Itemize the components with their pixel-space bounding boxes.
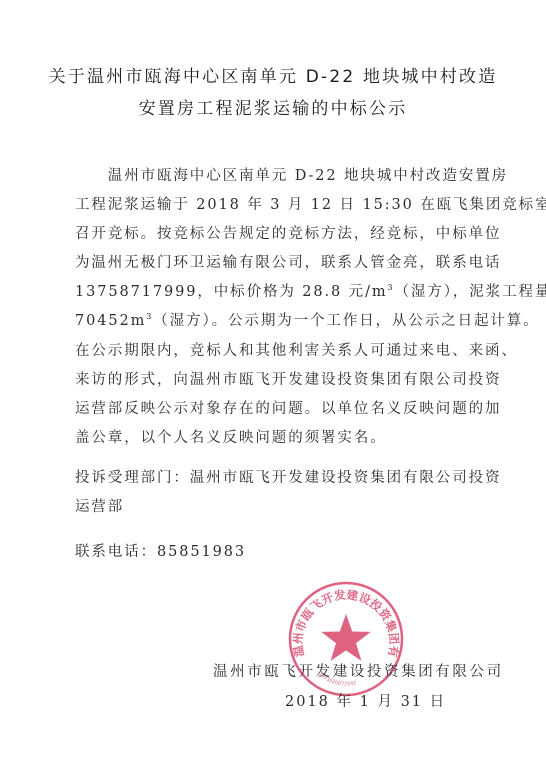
body-line: 70452m3（湿方）。公示期为一个工作日，从公示之日起计算。 xyxy=(75,309,540,330)
complaint-dept-line: 运营部 xyxy=(75,495,124,516)
document-title-line-1: 关于温州市瓯海中心区南单元 D-22 地块城中村改造 xyxy=(0,62,546,87)
body-line: 温州市瓯海中心区南单元 D-22 地块城中村改造安置房 xyxy=(75,164,508,185)
body-line: 在公示期限内，竞标人和其他利害关系人可通过来电、来函、 xyxy=(75,339,518,360)
body-line: 为温州无极门环卫运输有限公司，联系人管金亮，联系电话 xyxy=(75,251,501,272)
contact-phone: 联系电话：85851983 xyxy=(75,540,246,561)
body-line: 运营部反映公示对象存在的问题。以单位名义反映问题的加 xyxy=(75,397,501,418)
volume-value: 70452m xyxy=(75,313,146,329)
complaint-dept-line: 投诉受理部门：温州市瓯飞开发建设投资集团有限公司投资 xyxy=(75,466,501,487)
body-line: 召开竞标。按竞标公告规定的竞标方法，经竞标，中标单位 xyxy=(75,222,501,243)
body-line: 工程泥浆运输于 2018 年 3 月 12 日 15:30 在瓯飞集团竞标室 xyxy=(75,193,546,214)
period-text: （湿方）。公示期为一个工作日，从公示之日起计算。 xyxy=(153,313,539,329)
price-text: 13758717999，中标价格为 28.8 元/m xyxy=(75,284,388,300)
body-line: 盖公章，以个人名义反映问题的须署实名。 xyxy=(75,426,387,447)
body-line: 来访的形式，向温州市瓯飞开发建设投资集团有限公司投资 xyxy=(75,368,501,389)
document-title-line-2: 安置房工程泥浆运输的中标公示 xyxy=(0,94,546,119)
volume-text: （湿方），泥浆工程量 xyxy=(395,284,546,300)
star-icon xyxy=(321,614,371,661)
body-line: 13758717999，中标价格为 28.8 元/m3（湿方），泥浆工程量 xyxy=(75,280,546,301)
signing-date: 2018 年 1 月 31 日 xyxy=(285,690,446,711)
superscript: 3 xyxy=(388,283,395,292)
signing-organization: 温州市瓯飞开发建设投资集团有限公司 xyxy=(213,660,504,681)
